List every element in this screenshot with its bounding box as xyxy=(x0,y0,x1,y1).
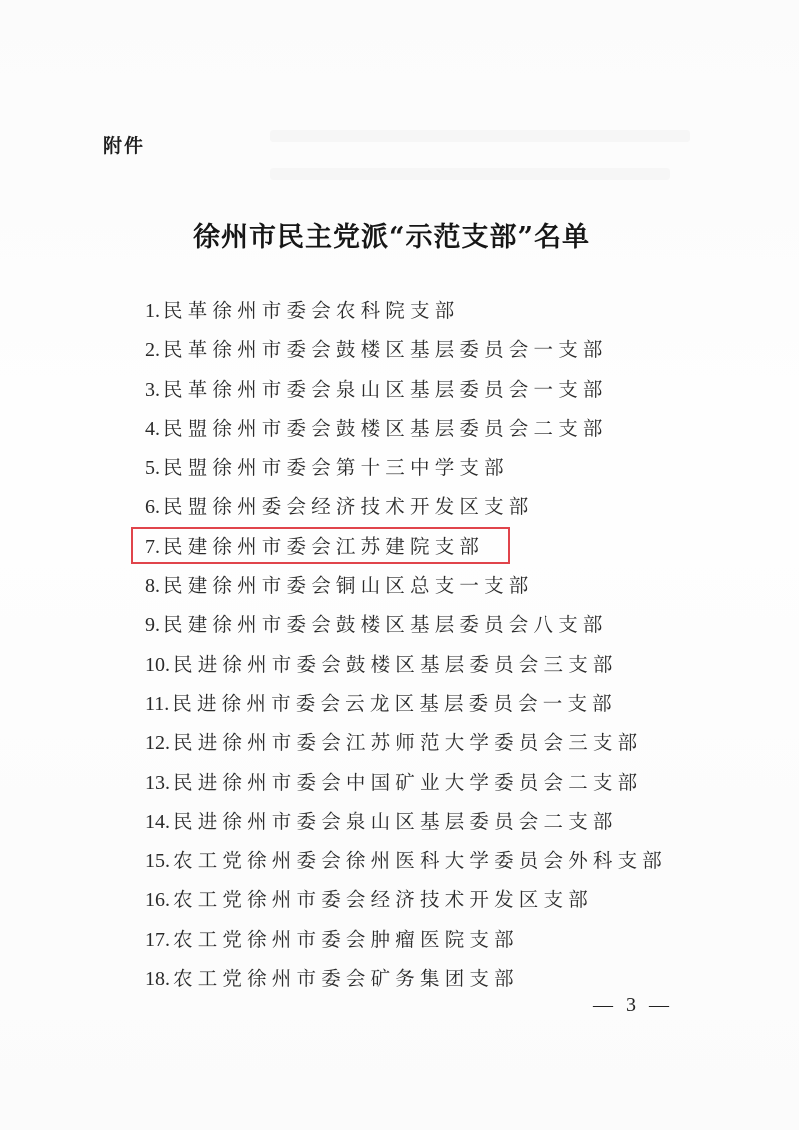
document-title: 徐州市民主党派“示范支部”名单 xyxy=(193,215,590,254)
list-item: 15.农工党徐州委会徐州医科大学委员会外科支部 xyxy=(145,846,667,885)
item-text: 民盟徐州市委会第十三中学支部 xyxy=(163,456,509,479)
item-number: 14. xyxy=(145,811,170,833)
item-number: 18. xyxy=(145,968,170,990)
list-item: 13.民进徐州市委会中国矿业大学委员会二支部 xyxy=(145,768,667,807)
list-item-highlighted: 7.民建徐州市委会江苏建院支部 xyxy=(145,532,667,571)
show-through-text xyxy=(270,130,690,142)
item-text: 民盟徐州委会经济技术开发区支部 xyxy=(163,495,534,518)
item-text: 民革徐州市委会农科院支部 xyxy=(163,299,459,322)
item-number: 10. xyxy=(145,654,170,676)
item-text: 民建徐州市委会江苏建院支部 xyxy=(163,535,484,558)
list-item: 4.民盟徐州市委会鼓楼区基层委员会二支部 xyxy=(145,414,667,453)
branch-list: 1.民革徐州市委会农科院支部 2.民革徐州市委会鼓楼区基层委员会一支部 3.民革… xyxy=(145,296,667,1003)
list-item: 2.民革徐州市委会鼓楼区基层委员会一支部 xyxy=(145,335,667,374)
document-page: 附件 徐州市民主党派“示范支部”名单 1.民革徐州市委会农科院支部 2.民革徐州… xyxy=(0,0,799,1130)
item-number: 6. xyxy=(145,496,160,518)
item-text: 民建徐州市委会铜山区总支一支部 xyxy=(163,574,534,597)
list-item: 14.民进徐州市委会泉山区基层委员会二支部 xyxy=(145,807,667,846)
item-text: 农工党徐州市委会肿瘤医院支部 xyxy=(173,928,519,951)
list-item: 16.农工党徐州市委会经济技术开发区支部 xyxy=(145,885,667,924)
list-item: 17.农工党徐州市委会肿瘤医院支部 xyxy=(145,925,667,964)
list-item: 10.民进徐州市委会鼓楼区基层委员会三支部 xyxy=(145,650,667,689)
list-item: 5.民盟徐州市委会第十三中学支部 xyxy=(145,453,667,492)
item-text: 农工党徐州市委会矿务集团支部 xyxy=(173,967,519,990)
list-item: 18.农工党徐州市委会矿务集团支部 xyxy=(145,964,667,1003)
attachment-label: 附件 xyxy=(103,131,145,158)
item-number: 15. xyxy=(145,850,170,872)
item-number: 1. xyxy=(145,300,160,322)
item-number: 9. xyxy=(145,614,160,636)
item-text: 民建徐州市委会鼓楼区基层委员会八支部 xyxy=(163,613,608,636)
item-number: 2. xyxy=(145,339,160,361)
item-text: 民进徐州市委会泉山区基层委员会二支部 xyxy=(173,810,618,833)
item-text: 农工党徐州委会徐州医科大学委员会外科支部 xyxy=(173,849,667,872)
show-through-text xyxy=(270,168,670,180)
list-item: 12.民进徐州市委会江苏师范大学委员会三支部 xyxy=(145,728,667,767)
item-text: 民革徐州市委会泉山区基层委员会一支部 xyxy=(163,378,608,401)
item-number: 12. xyxy=(145,732,170,754)
list-item: 11.民进徐州市委会云龙区基层委员会一支部 xyxy=(145,689,667,728)
item-number: 8. xyxy=(145,575,160,597)
item-number: 7. xyxy=(145,536,160,558)
item-text: 民进徐州市委会江苏师范大学委员会三支部 xyxy=(173,731,642,754)
item-number: 5. xyxy=(145,457,160,479)
item-number: 4. xyxy=(145,418,160,440)
page-number: — 3 — xyxy=(593,994,673,1017)
item-text: 民进徐州市委会中国矿业大学委员会二支部 xyxy=(173,771,642,794)
item-text: 民盟徐州市委会鼓楼区基层委员会二支部 xyxy=(163,417,608,440)
item-number: 16. xyxy=(145,889,170,911)
item-number: 13. xyxy=(145,772,170,794)
item-number: 17. xyxy=(145,929,170,951)
item-text: 农工党徐州市委会经济技术开发区支部 xyxy=(173,888,593,911)
item-number: 3. xyxy=(145,379,160,401)
item-text: 民进徐州市委会鼓楼区基层委员会三支部 xyxy=(173,653,618,676)
item-text: 民革徐州市委会鼓楼区基层委员会一支部 xyxy=(163,338,608,361)
item-number: 11. xyxy=(145,693,169,715)
list-item: 9.民建徐州市委会鼓楼区基层委员会八支部 xyxy=(145,610,667,649)
list-item: 1.民革徐州市委会农科院支部 xyxy=(145,296,667,335)
item-text: 民进徐州市委会云龙区基层委员会一支部 xyxy=(172,692,617,715)
list-item: 8.民建徐州市委会铜山区总支一支部 xyxy=(145,571,667,610)
list-item: 3.民革徐州市委会泉山区基层委员会一支部 xyxy=(145,375,667,414)
